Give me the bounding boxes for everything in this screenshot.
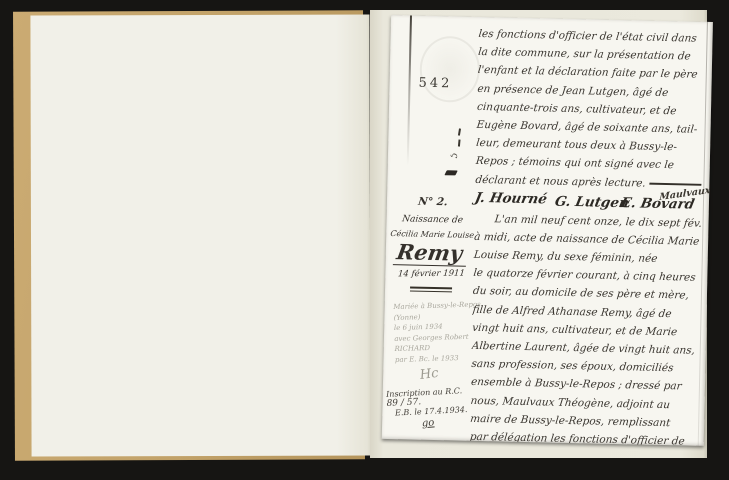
pencil-paraph: Hc [387, 362, 472, 387]
pencil-marriage-note: Mariée à Bussy-le-Repos (Yonne) le 6 jui… [387, 300, 473, 366]
scanned-register-spread: 542 ς N° 2. Naissance de Cécilia Marie L… [0, 0, 729, 480]
left-page-blank [30, 15, 370, 457]
act-body-text: les fonctions d'officier de l'état civil… [470, 25, 713, 446]
rc-inscription-note: Inscription au R.C. 89 / 57. E.B. le 17.… [386, 386, 471, 418]
ink-tick [458, 128, 461, 135]
manuscript-line-text: déclarant et nous après lecture. [475, 173, 647, 189]
fold-crease [407, 15, 412, 165]
ink-tick [458, 139, 461, 146]
register-sheet: 542 ς N° 2. Naissance de Cécilia Marie L… [382, 15, 713, 446]
act-date: 14 février 1911 [389, 268, 474, 279]
act-child-name: Cécilia Marie Louise [390, 229, 475, 240]
act-number: N° 2. [390, 195, 475, 209]
ink-blot [444, 170, 457, 175]
page-number: 542 [418, 76, 452, 92]
act-surname: Remy [393, 240, 470, 267]
embossed-seal [419, 36, 480, 103]
signature: J. Hourné [473, 189, 548, 209]
stamp-fragment: ς [451, 128, 468, 184]
margin-annotations: N° 2. Naissance de Cécilia Marie Louise … [386, 195, 475, 429]
right-register-page: 542 ς N° 2. Naissance de Cécilia Marie L… [370, 10, 707, 458]
margin-rule [410, 286, 452, 292]
act-title: Naissance de [390, 214, 475, 226]
ink-squiggle: ς [449, 152, 459, 158]
